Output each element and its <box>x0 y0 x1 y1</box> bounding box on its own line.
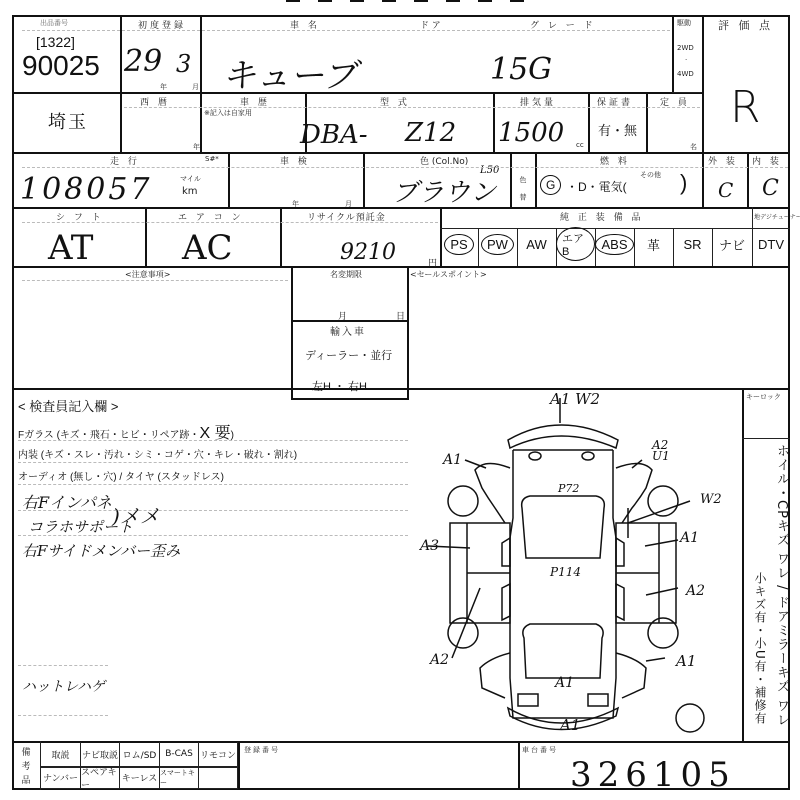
note-bracket: )メメ <box>112 500 160 529</box>
mark-roof: P114 <box>550 565 581 579</box>
interior-value: C <box>762 176 779 201</box>
interior-label: 内 装 <box>752 154 782 167</box>
model-prefix: DBA- <box>300 120 368 150</box>
recycle-fee: 9210 <box>340 240 396 265</box>
acc-bcas[interactable]: B-CAS <box>160 742 199 767</box>
meter-swap-label: S#* <box>205 155 219 163</box>
mark-right-door: A1 <box>680 530 699 546</box>
inspector-label: < 検査員記入欄 > <box>18 396 118 415</box>
acc-remote[interactable]: リモコン <box>199 742 238 767</box>
name-change-label: 名変期限 <box>330 269 362 280</box>
mark-rear-right-door: A2 <box>686 583 705 599</box>
fuel-label: 燃 料 <box>600 154 630 167</box>
warranty-options[interactable]: 有・無 <box>598 120 637 139</box>
factory-equipment-label: 純 正 装 備 品 <box>560 210 643 223</box>
acc-manual[interactable]: 取説 <box>41 742 81 767</box>
shift-value: AT <box>48 228 93 268</box>
acc-smart-key[interactable]: スマートキー <box>160 767 199 789</box>
equip-sunroof[interactable]: SR <box>673 229 712 259</box>
lot-number: 90025 <box>22 50 100 82</box>
history-note: ※記入は自家用 <box>204 108 252 118</box>
mark-rear-left: A2 <box>430 652 449 668</box>
chassis-number-label: 車台番号 <box>522 745 558 755</box>
acc-spare-key[interactable]: スペアキー <box>81 767 120 789</box>
mark-trunk: A1 <box>555 675 574 691</box>
acc-number-plate[interactable]: ナンバー <box>41 767 81 789</box>
acc-empty <box>199 767 238 789</box>
equip-pw[interactable]: PW <box>478 229 517 259</box>
lot-code: [1322] <box>36 34 75 50</box>
equip-airbag[interactable]: エアB <box>556 229 595 259</box>
mileage-value: 108057 <box>20 172 153 207</box>
inspection-label: 車 検 <box>280 154 310 167</box>
reg-number-label: 登録番号 <box>244 745 280 755</box>
equip-abs[interactable]: ABS <box>595 229 634 259</box>
audio-tire-line: オーディオ (無し・穴) / タイヤ (スタッドレス) <box>18 468 224 483</box>
lot-header-label: 出品番号 <box>40 18 68 28</box>
color-label: 色 (Col.No) <box>420 154 468 167</box>
color-change-label: 色 替 <box>518 176 528 204</box>
interior-condition-line: 内装 (キズ・スレ・汚れ・シミ・コゲ・穴・キレ・破れ・割れ) <box>18 446 297 461</box>
score-label: 評 価 点 <box>718 17 773 33</box>
equip-dtv[interactable]: DTV <box>752 229 790 259</box>
fuel-options[interactable]: ・D・電気( <box>566 178 627 195</box>
chassis-number: 326105 <box>570 755 736 795</box>
region: 埼玉 <box>48 108 88 134</box>
note-line-4: ハットレハゲ <box>22 676 105 696</box>
registration-year: 29 <box>124 44 162 79</box>
key-lock-label: キーロック <box>746 392 781 402</box>
mark-front-right: A2 U1 <box>652 440 672 462</box>
displacement-value: 1500 <box>498 118 564 148</box>
mark-right-w: W2 <box>700 492 722 507</box>
import-hand-options[interactable]: 左H ・ 右H <box>312 378 367 394</box>
import-dealer-options[interactable]: ディーラー・並行 <box>305 347 392 363</box>
drive-label: 駆動 <box>677 18 691 28</box>
acc-rom-sd[interactable]: ロム/SD <box>120 742 160 767</box>
equip-navi[interactable]: ナビ <box>712 229 752 259</box>
caution-label: <注意事項> <box>125 269 170 280</box>
accessories-label: 備 考 品 <box>20 746 32 788</box>
equip-ps[interactable]: PS <box>440 229 478 259</box>
note-line-3: 右Fサイドメンバー歪み <box>22 540 180 561</box>
exterior-label: 外 装 <box>708 154 738 167</box>
equip-aw[interactable]: AW <box>517 229 556 259</box>
drive-4wd: 4WD <box>677 70 694 78</box>
model-code: Z12 <box>405 118 456 148</box>
fuel-g[interactable]: G <box>540 178 561 192</box>
score-value: R <box>730 82 761 133</box>
side-note-damage: ホイル・CPキズ ワレ / ドアミラーキズ ワレ <box>772 444 791 739</box>
registration-month: 3 <box>176 50 191 78</box>
mark-rear-right: A1 <box>676 652 696 670</box>
acc-navi-manual[interactable]: ナビ取説 <box>81 742 120 767</box>
mark-rear-bumper: A1 <box>560 716 580 734</box>
grade-value: 15G <box>490 52 552 87</box>
tuner-label: 地デジチューナー <box>754 212 800 221</box>
color-value: ブラウン <box>392 172 496 209</box>
aircon-value: AC <box>182 228 233 268</box>
exterior-value: C <box>718 178 733 202</box>
sales-point-label: <セールスポイント> <box>410 269 487 280</box>
mileage-label: 走 行 <box>110 154 140 167</box>
mark-top: A1 W2 <box>550 390 600 408</box>
sheet-title <box>265 0 545 6</box>
mark-hood: P72 <box>558 482 579 495</box>
acc-keyless[interactable]: キーレス <box>120 767 160 789</box>
side-note-scale: 小キズ有・小U有・補修有 <box>752 572 769 742</box>
import-label: 輸入車 <box>330 323 366 338</box>
mark-front-left: A1 <box>443 452 462 468</box>
drive-2wd: 2WD <box>677 44 694 52</box>
mark-left-door: A3 <box>420 538 439 554</box>
equip-leather[interactable]: 革 <box>634 229 673 259</box>
car-name: キューブ <box>222 48 356 97</box>
